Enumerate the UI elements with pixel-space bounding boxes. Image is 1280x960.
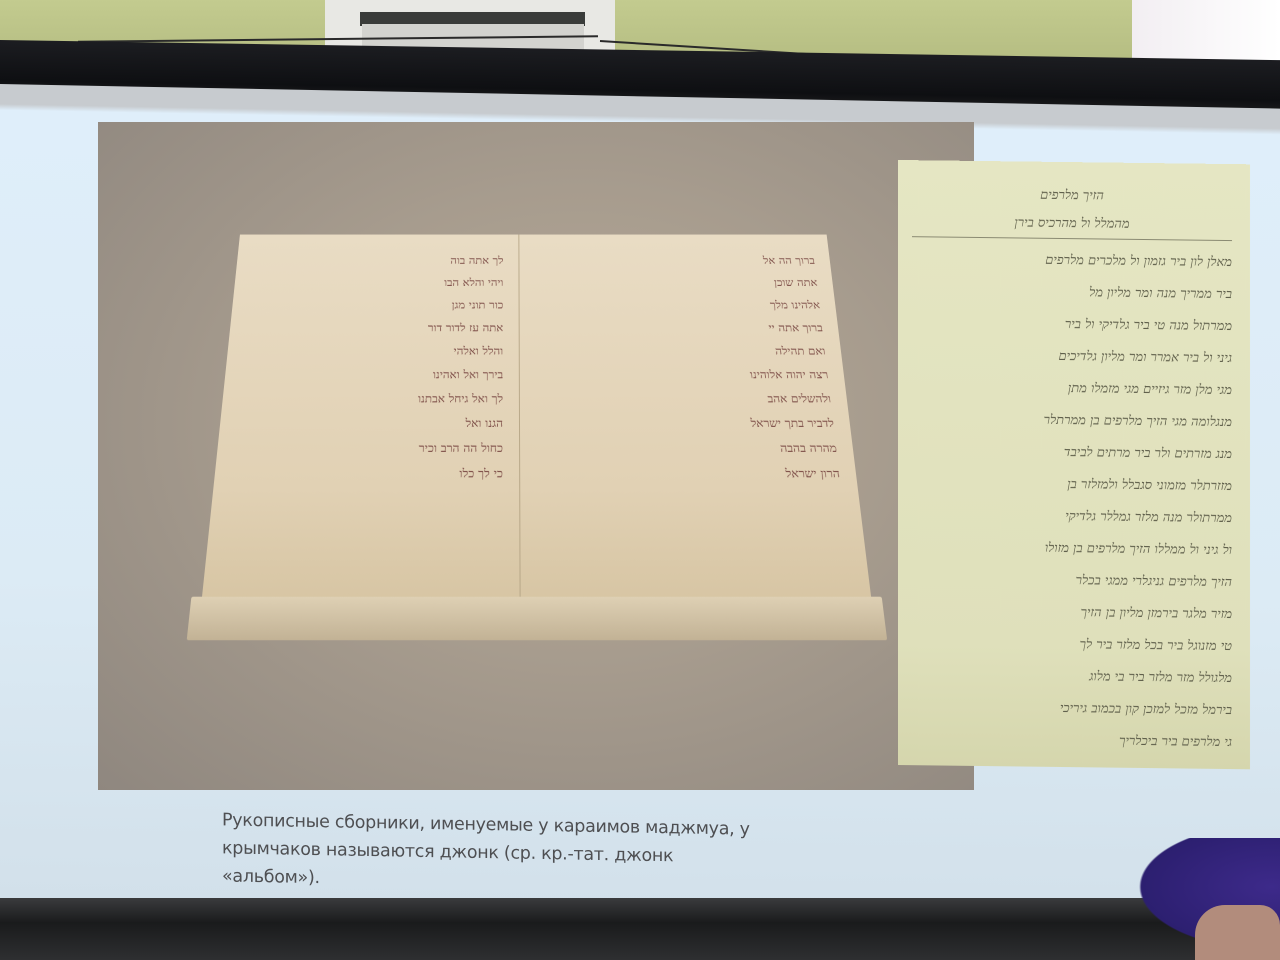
letter-line: ול גיני ול ממללו הזיך מלרפים בן מזולו (912, 531, 1232, 567)
manuscript-line: ולהשלים אהב (536, 387, 833, 411)
book-right-page: ברוך הה אל אתה שוכן אלהינו מלך ברוך אתה … (519, 235, 873, 613)
letter-line: מגי מלן מזר גיזיים מגי מזמלו מתן (912, 371, 1232, 407)
manuscript-line: לך ואל גיחל אבתנו (237, 387, 503, 411)
manuscript-line: ואם תהילה (535, 339, 827, 362)
letter-line: בירמל מזכל למזכן קון בכמוב גיריכי (912, 691, 1232, 727)
letter-line: טי מזנוגל ביר בכל מלזר ביר לך (912, 627, 1232, 663)
speaker-hand (1195, 905, 1280, 960)
manuscript-line: ברוך הה אל (534, 250, 816, 272)
letter-line: ממרתולר מנה מלזר גמללר גלדיקי (912, 499, 1232, 535)
letter-line: גיני ול ביר אמרר ומר מליון גלדיכים (912, 339, 1232, 375)
letter-line: מנגלומה מגי הזיך מלרפים בן ממרתלר (912, 403, 1232, 439)
manuscript-line: בירך ואל ואהינו (240, 363, 503, 387)
letter-line: מלגולל מזר מלזר ביר בי מלוג (912, 659, 1232, 695)
manuscript-line: ויהי והלא הבו (249, 271, 503, 293)
book-page-stack (187, 597, 888, 641)
letter-heading: הזיך מלרפים (912, 180, 1232, 212)
manuscript-line: אתה שוכן (535, 271, 819, 293)
manuscript-line: הגנו ואל (235, 411, 503, 436)
letter-line: גי מלרפים ביר ביכלריך (912, 723, 1232, 759)
letter-line: מזזרתלר מזמוני סגבלל ולמזלזר בן (912, 467, 1232, 503)
manuscript-line: כי לך כלו (230, 461, 503, 487)
letter-line: מאלן לון ביר גזמון ול מלכרים מלרפים (912, 243, 1232, 279)
manuscript-line: מהרה בהבה (536, 436, 838, 461)
letter-line: ממרתול מנה טי ביר גלדיקי ול ביר (912, 307, 1232, 343)
screen-bottom-bar (0, 898, 1280, 960)
manuscript-line: אלהינו מלך (535, 294, 822, 317)
letter-heading: מהמלל ול מהרכיס בירן (912, 208, 1232, 241)
letter-line: מזיר מלגר בירמזן מליון בן הזיך (912, 595, 1232, 631)
manuscript-line: ברוך אתה יי (535, 316, 824, 339)
manuscript-line: והלל ואלהי (242, 339, 503, 362)
letter-line: ביר ממריך מנה ומר מליון מל (912, 275, 1232, 311)
handwritten-letter-photo: הזיך מלרפים מהמלל ול מהרכיס בירן מאלן לו… (898, 160, 1250, 769)
manuscript-line: לך אתה בוה (251, 250, 503, 272)
manuscript-line: אתה עז לדור דור (244, 316, 503, 339)
letter-line: הזיך מלרפים גניגלרי ממגי בכלר (912, 563, 1232, 599)
manuscript-line: כור תוני מגן (247, 294, 504, 317)
manuscript-line: הרון ישראל (536, 461, 841, 487)
manuscript-line: כחול הה הרב וכיר (232, 436, 502, 461)
letter-line: מנג מזרתים ולר ביר מרתים לביבד (912, 435, 1232, 471)
manuscript-line: לדביר בתך ישראל (536, 411, 835, 436)
open-book: לך אתה בוה ויהי והלא הבו כור תוני מגן את… (118, 218, 901, 668)
slide-caption: Рукописные сборники, именуемые у караимо… (222, 806, 862, 901)
manuscript-line: רצה יהוה אלוהינו (535, 363, 829, 387)
book-left-page: לך אתה בוה ויהי והלא הבו כור תוני מגן את… (200, 235, 520, 613)
